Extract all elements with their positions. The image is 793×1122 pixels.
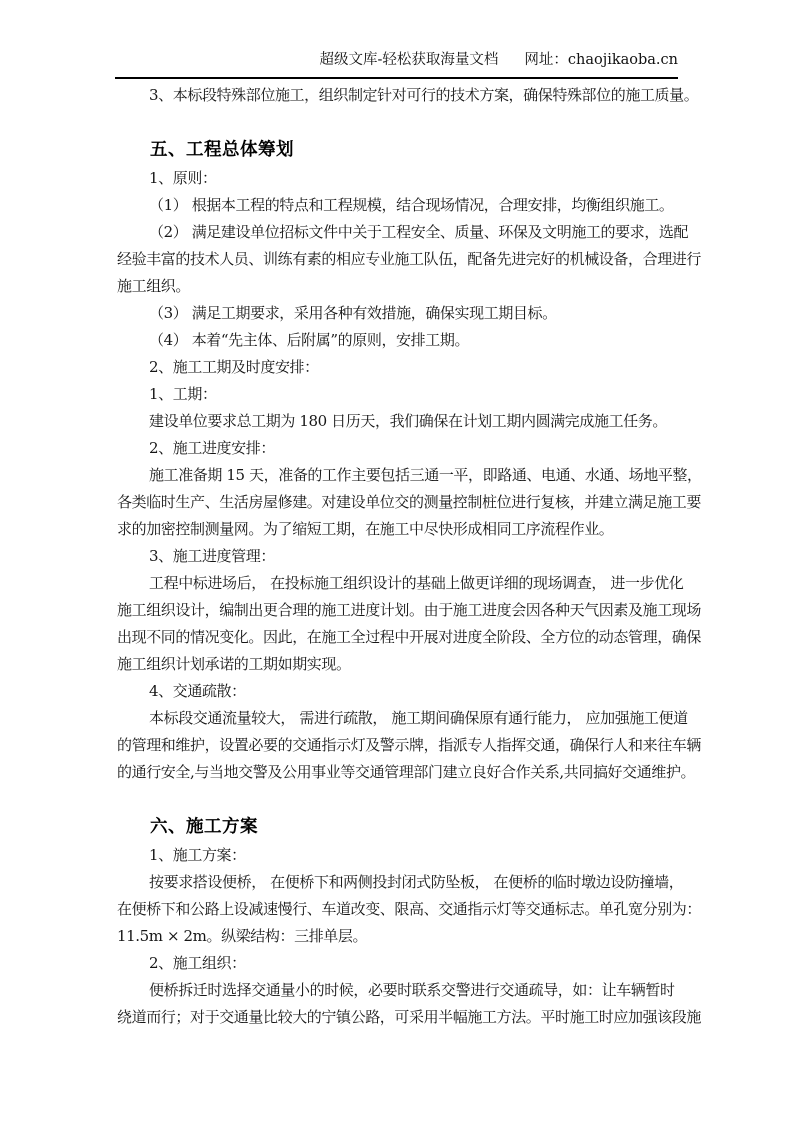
document-body: 3、本标段特殊部位施工，组织制定针对可行的技术方案，确保特殊部位的施工质量。五、… [117,82,678,1031]
section-heading: 六、施工方案 [117,810,678,842]
text-line: 经验丰富的技术人员、训练有素的相应专业施工队伍，配备先进完好的机械设备，合理进行 [117,246,678,273]
section-heading: 五、工程总体筹划 [117,133,678,165]
text-line: 1、原则： [117,165,678,192]
text-line: 求的加密控制测量网。为了缩短工期，在施工中尽快形成相同工序流程作业。 [117,516,678,543]
text-line: 便桥拆迁时选择交通量小的时候，必要时联系交警进行交通疏导，如：让车辆暂时 [117,977,678,1004]
text-line: （1） 根据本工程的特点和工程规模，结合现场情况，合理安排，均衡组织施工。 [117,192,678,219]
text-line: 2、施工组织： [117,950,678,977]
text-line: 施工准备期 15 天，准备的工作主要包括三通一平，即路通、电通、水通、场地平整， [117,462,678,489]
text-line: 3、本标段特殊部位施工，组织制定针对可行的技术方案，确保特殊部位的施工质量。 [117,82,678,109]
text-line: 3、施工进度管理： [117,543,678,570]
text-line: 施工组织设计，编制出更合理的施工进度计划。由于施工进度会因各种天气因素及施工现场 [117,597,678,624]
text-line: 本标段交通流量较大， 需进行疏散， 施工期间确保原有通行能力， 应加强施工便道 [117,705,678,732]
text-line: （2） 满足建设单位招标文件中关于工程安全、质量、环保及文明施工的要求，选配 [117,219,678,246]
text-line: 绕道而行；对于交通量比较大的宁镇公路，可采用半幅施工方法。平时施工时应加强该段施 [117,1004,678,1031]
text-line: 1、施工方案： [117,842,678,869]
text-line: 出现不同的情况变化。因此，在施工全过程中开展对进度全阶段、全方位的动态管理，确保 [117,624,678,651]
text-line: 工程中标进场后， 在投标施工组织设计的基础上做更详细的现场调查， 进一步优化 [117,570,678,597]
text-line: 2、施工进度安排： [117,435,678,462]
text-line: （4） 本着“先主体、后附属”的原则，安排工期。 [117,327,678,354]
text-line: 11.5m × 2m。纵梁结构：三排单层。 [117,923,678,950]
text-line: 在便桥下和公路上设减速慢行、车道改变、限高、交通指示灯等交通标志。单孔宽分别为： [117,896,678,923]
text-line: 4、交通疏散： [117,678,678,705]
document-page: 超级文库-轻松获取海量文档网址：chaojikaoba.cn 3、本标段特殊部位… [0,0,793,1122]
site-url: chaojikaoba.cn [568,52,678,68]
text-line: （3） 满足工期要求，采用各种有效措施，确保实现工期目标。 [117,300,678,327]
text-line: 建设单位要求总工期为 180 日历天，我们确保在计划工期内圆满完成施工任务。 [117,408,678,435]
text-line: 施工组织。 [117,273,678,300]
text-line: 2、施工工期及时度安排： [117,354,678,381]
url-label: 网址： [524,52,568,68]
text-line: 的管理和维护，设置必要的交通指示灯及警示牌，指派专人指挥交通，确保行人和来往车辆 [117,732,678,759]
text-line: 按要求搭设便桥， 在便桥下和两侧投封闭式防坠板， 在便桥的临时墩边设防撞墙， [117,869,678,896]
page-header: 超级文库-轻松获取海量文档网址：chaojikaoba.cn [115,50,678,79]
text-line: 各类临时生产、生活房屋修建。对建设单位交的测量控制桩位进行复核，并建立满足施工要 [117,489,678,516]
text-line: 1、工期： [117,381,678,408]
text-line: 的通行安全,与当地交警及公用事业等交通管理部门建立良好合作关系,共同搞好交通维护… [117,759,678,786]
text-line: 施工组织计划承诺的工期如期实现。 [117,651,678,678]
site-brand-text: 超级文库-轻松获取海量文档 [319,52,498,68]
